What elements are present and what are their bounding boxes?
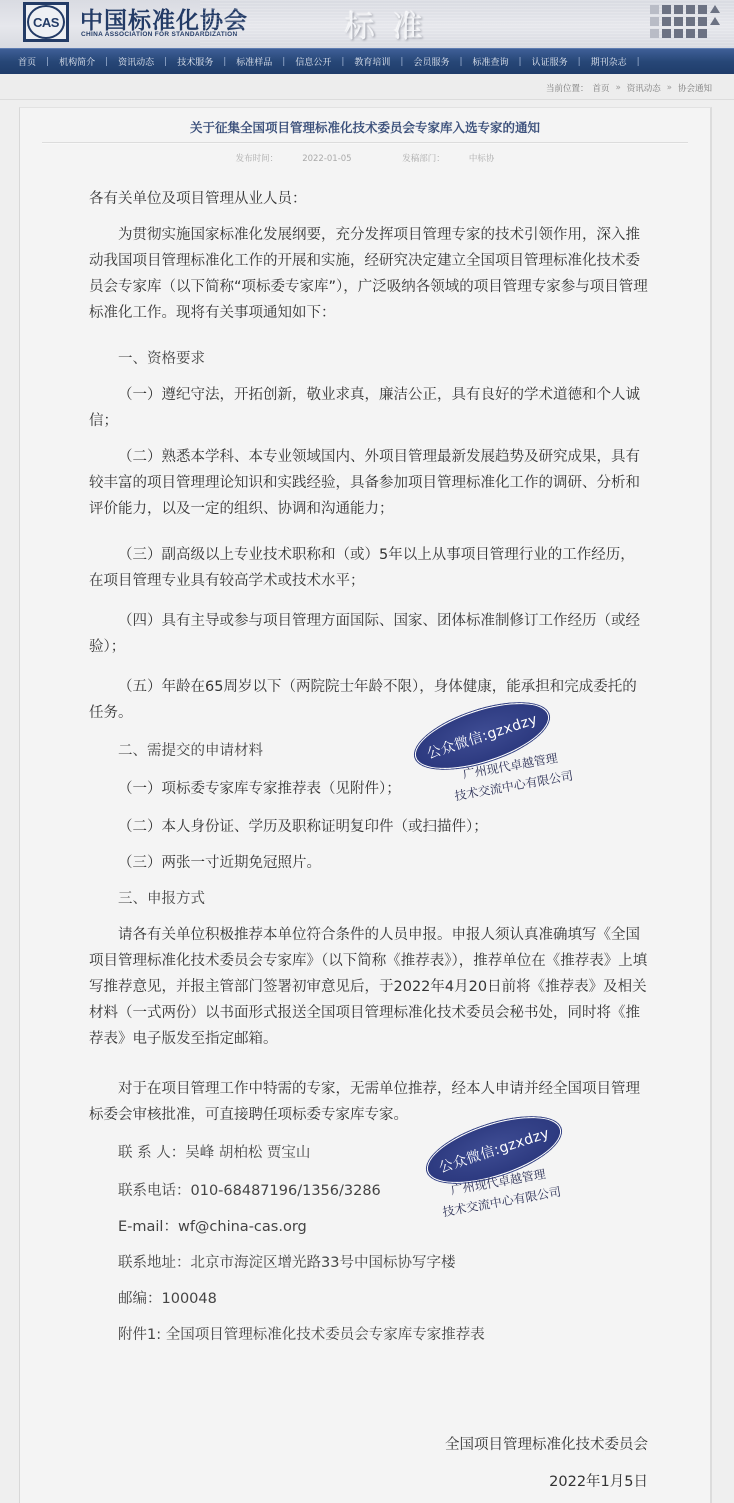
nav-item-tech-services[interactable]: 技术服务 [177,55,213,68]
breadcrumb: 当前位置： 首页 » 资讯动态 » 协会通知 [546,82,712,94]
contact-person: 联 系 人：吴峰 胡柏松 贾宝山 [89,1140,649,1166]
contact-phone[interactable]: 联系电话：010-68487196/1356/3286 [89,1178,649,1204]
salutation: 各有关单位及项目管理从业人员： [89,186,649,212]
nav-item-standard-search[interactable]: 标准查询 [473,55,509,68]
application-paragraph-2: 对于在项目管理工作中特需的专家，无需单位推荐，经本人申请并经全国项目管理标委会审… [89,1076,649,1128]
decorative-grid-icon [650,5,720,39]
breadcrumb-news[interactable]: 资讯动态 [627,82,661,94]
qualification-item-4: （四）具有主导或参与项目管理方面国际、国家、团体标准制修订工作经历（或经验）； [89,608,649,660]
publish-time-label: 发布时间： [236,154,279,164]
article-title: 关于征集全国项目管理标准化技术委员会专家库入选专家的通知 [20,118,710,136]
cas-logo-text: CAS [27,5,65,39]
qualification-item-5: （五）年龄在65周岁以下（两院院士年龄不限），身体健康，能承担和完成委托的任务。 [89,674,649,726]
nav-item-standard-samples[interactable]: 标准样品 [236,55,272,68]
intro-paragraph: 为贯彻实施国家标准化发展纲要，充分发挥项目管理专家的技术引领作用，深入推动我国项… [89,222,649,326]
title-divider [42,142,688,144]
nav-item-disclosure[interactable]: 信息公开 [295,55,331,68]
nav-divider: | [578,57,581,67]
qualification-item-3: （三）副高级以上专业技术职称和（或）5年以上从事项目管理行业的工作经历，在项目管… [89,542,649,594]
breadcrumb-bar: 当前位置： 首页 » 资讯动态 » 协会通知 [0,74,734,100]
nav-divider: | [400,57,403,67]
breadcrumb-separator: » [616,83,621,93]
site-header: CAS 中国标准化协会 CHINA ASSOCIATION FOR STANDA… [0,0,734,48]
breadcrumb-home[interactable]: 首页 [593,82,610,94]
material-item-2: （二）本人身份证、学历及职称证明复印件（或扫描件）； [89,814,649,840]
breadcrumb-notices[interactable]: 协会通知 [678,82,712,94]
contact-email[interactable]: E-mail：wf@china-cas.org [89,1214,649,1240]
department: 中标协 [469,154,495,164]
nav-item-news[interactable]: 资讯动态 [118,55,154,68]
nav-divider: | [519,57,522,67]
signature-org: 全国项目管理标准化技术委员会 [445,1433,648,1454]
site-name-en: CHINA ASSOCIATION FOR STANDARDIZATION [81,31,238,38]
nav-divider: | [164,57,167,67]
contact-address: 联系地址：北京市海淀区增光路33号中国标协写字楼 [89,1250,649,1276]
department-label: 发稿部门： [402,154,445,164]
qualification-item-1: （一）遵纪守法，开拓创新，敬业求真，廉洁公正，具有良好的学术道德和个人诚信； [89,382,649,434]
nav-item-certification[interactable]: 认证服务 [532,55,568,68]
qualification-item-2: （二）熟悉本学科、本专业领域国内、外项目管理最新发展趋势及研究成果，具有较丰富的… [89,444,649,522]
article-meta: 发布时间：2022-01-05 发稿部门：中标协 [20,152,710,164]
signature-date: 2022年1月5日 [549,1470,648,1491]
main-nav: 首页 | 机构简介 | 资讯动态 | 技术服务 | 标准样品 | 信息公开 | … [0,48,734,74]
nav-divider: | [223,57,226,67]
nav-divider: | [637,57,640,67]
nav-divider: | [341,57,344,67]
application-paragraph-1: 请各有关单位积极推荐本单位符合条件的人员申报。申报人须认真准确填写《全国项目管理… [89,922,649,1052]
contact-postcode: 邮编：100048 [89,1286,649,1312]
nav-item-home[interactable]: 首页 [18,55,36,68]
nav-item-training[interactable]: 教育培训 [354,55,390,68]
nav-divider: | [105,57,108,67]
publish-time: 2022-01-05 [302,154,351,164]
attachment-link[interactable]: 附件1: 全国项目管理标准化技术委员会专家库专家推荐表 [89,1322,649,1348]
nav-divider: | [459,57,462,67]
cas-logo[interactable]: CAS [23,2,69,42]
breadcrumb-separator: » [667,83,672,93]
nav-item-journals[interactable]: 期刊杂志 [591,55,627,68]
material-item-3: （三）两张一寸近期免冠照片。 [89,850,649,876]
nav-item-membership[interactable]: 会员服务 [413,55,449,68]
breadcrumb-prefix: 当前位置： [546,82,589,94]
banner-calligraphy: 标准 [345,2,441,46]
section-heading-application: 三、申报方式 [89,886,649,912]
nav-divider: | [46,57,49,67]
nav-item-about[interactable]: 机构简介 [59,55,95,68]
section-heading-qualifications: 一、资格要求 [89,346,649,372]
nav-divider: | [282,57,285,67]
